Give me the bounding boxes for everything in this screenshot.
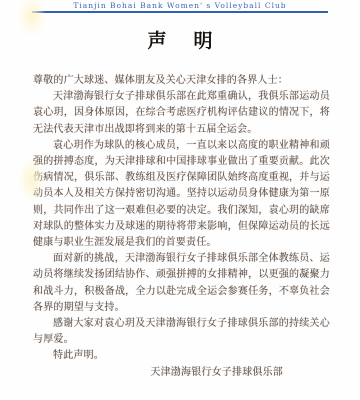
paragraph-withdrawal-announcement: 天津渤海银行女子排球俱乐部在此郑重确认，我俱乐部运动员袁心玥，因身体原因，在综合… (33, 89, 330, 138)
paragraph-thanks: 感谢大家对袁心玥及天津渤海银行女子排球俱乐部的持续关心与厚爱。 (33, 316, 330, 348)
paragraph-team-commitment: 面对新的挑战，天津渤海银行女子排球俱乐部全体教练员、运动员将继续发扬团结协作、顽… (33, 251, 330, 316)
club-name-english: Tianjin Bohai Bank Women' s Volleyball C… (0, 1, 360, 10)
document-header: Tianjin Bohai Bank Women' s Volleyball C… (0, 0, 360, 13)
document-title: 声 明 (0, 29, 360, 53)
paragraph-player-contribution: 袁心玥作为球队的核心成员，一直以来以高度的职业精神和顽强的拼搏态度，为天津排球和… (33, 138, 330, 251)
header-divider (32, 11, 328, 13)
title-char: 声 (147, 29, 166, 53)
signature-club-name: 天津渤海银行女子排球俱乐部 (33, 365, 330, 381)
statement-document: Tianjin Bohai Bank Women' s Volleyball C… (0, 0, 360, 400)
title-char: 明 (194, 29, 213, 53)
closing-line: 特此声明。 (33, 348, 330, 364)
statement-body: 尊敬的广大球迷、媒体朋友及关心天津女排的各界人士： 天津渤海银行女子排球俱乐部在… (33, 73, 330, 381)
salutation-line: 尊敬的广大球迷、媒体朋友及关心天津女排的各界人士： (33, 73, 330, 89)
